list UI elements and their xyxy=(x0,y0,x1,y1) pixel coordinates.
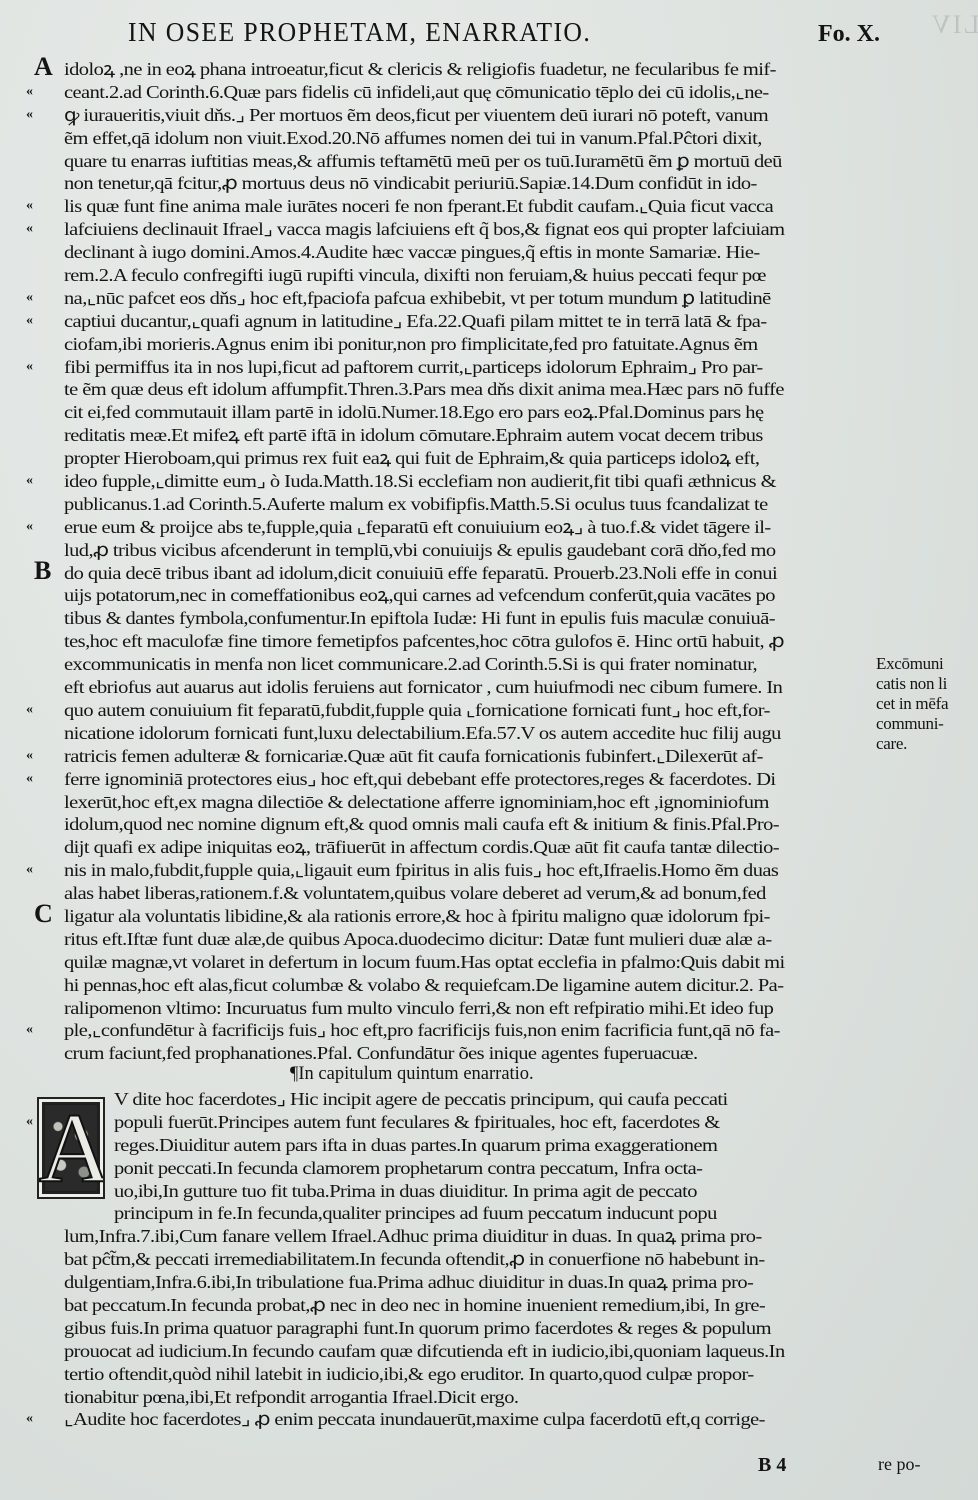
text-line: «⌞Audite hoc facerdotes⌟ ꝓ enim peccata … xyxy=(64,1408,878,1431)
line-text: publicanus.1.ad Corinth.5.Auferte malum … xyxy=(64,493,768,516)
line-text: ratricis femen adulteræ & fornicariæ.Quæ… xyxy=(64,745,763,768)
text-line: nicatione idolorum fornicati funt,luxu d… xyxy=(64,722,878,745)
text-line: V dite hoc facerdotes⌟ Hic incipit agere… xyxy=(114,1088,878,1111)
line-text: lis quæ funt fine anima male iurātes noc… xyxy=(64,195,773,218)
quotation-marker-icon: « xyxy=(26,470,38,493)
text-line: «lafciuiens declinauit Ifrael⌟ vacca mag… xyxy=(64,218,878,241)
line-text: declinant à iugo domini.Amos.4.Audite hæ… xyxy=(64,241,760,264)
text-line: principum in fe.In fecunda,qualiter prin… xyxy=(114,1202,878,1225)
text-line: «captiui ducantur,⌞quafi agnum in latitu… xyxy=(64,310,878,333)
line-text: fibi permiffus ita in nos lupi,ficut ad … xyxy=(64,356,763,379)
line-text: uo,ibi,In gutture tuo fit tuba.Prima in … xyxy=(114,1180,697,1203)
line-text: te ẽm quæ deus eft idolum affumpfit.Thr… xyxy=(64,378,784,401)
quotation-marker-icon: « xyxy=(26,1111,38,1134)
line-text: nicatione idolorum fornicati funt,luxu d… xyxy=(64,722,781,745)
line-text: quo autem conuiuium fit feparatū,fubdit,… xyxy=(64,699,770,722)
line-text: tibus & dantes fymbola,confumentur.In ep… xyxy=(64,607,775,630)
text-line: Cligatur ala voluntatis libidine,& ala r… xyxy=(64,905,878,928)
quotation-marker-icon: « xyxy=(26,310,38,333)
line-text: ⌞Audite hoc facerdotes⌟ ꝓ enim peccata i… xyxy=(64,1408,765,1431)
quotation-marker-icon: « xyxy=(26,218,38,241)
line-text: principum in fe.In fecunda,qualiter prin… xyxy=(114,1202,717,1225)
text-line: lexerūt,hoc eft,ex magna dilectiōe & del… xyxy=(64,791,878,814)
text-line: reges.Diuiditur autem pars ifta in duas … xyxy=(114,1134,878,1157)
line-text: eft ebriofus aut auarus aut idolis ferui… xyxy=(64,676,782,699)
text-line: hi pennas,hoc eft alas,ficut columbæ & v… xyxy=(64,974,878,997)
quotation-marker-icon: « xyxy=(26,768,38,791)
line-text: reges.Diuiditur autem pars ifta in duas … xyxy=(114,1134,717,1157)
signature-mark: B 4 xyxy=(758,1454,786,1477)
line-text: cit ei,fed commutauit illam partē in ido… xyxy=(64,401,763,424)
text-line: «ple,⌞confundētur à facrificijs fuis⌟ ho… xyxy=(64,1019,878,1042)
line-text: ꝙ iuraueritis,viuit dňs.⌟ Per mortuos ẽ… xyxy=(64,104,768,127)
chapter-text: V dite hoc facerdotes⌟ Hic incipit agere… xyxy=(64,1088,878,1431)
line-text: propter Hieroboam,qui primus rex fuit ea… xyxy=(64,447,759,470)
quotation-marker-icon: « xyxy=(26,1019,38,1042)
text-line: «quo autem conuiuium fit feparatū,fubdit… xyxy=(64,699,878,722)
quotation-marker-icon: « xyxy=(26,516,38,539)
text-line: rem.2.A feculo confregifti iugū rupifti … xyxy=(64,264,878,287)
line-text: tertio oftendit,quòd nihil latebit in iu… xyxy=(64,1363,754,1386)
quotation-marker-icon: « xyxy=(26,287,38,310)
text-line: dijt quafi ex adipe iniquitas eoꝝ, trāfi… xyxy=(64,836,878,859)
line-text: quilæ magnæ,vt volaret in defertum in lo… xyxy=(64,951,785,974)
line-text: tionabitur pœna,ibi,Et refpondit arrogan… xyxy=(64,1386,518,1409)
text-line: quare tu enarras iuftitias meas,& affumi… xyxy=(64,150,878,173)
line-text: gibus fuis.In prima quatuor paragraphi f… xyxy=(64,1317,771,1340)
text-line: bat peccatum.In fecunda probat,ꝓ nec in … xyxy=(64,1294,878,1317)
text-line: ralipomenon vltimo: Incuruatus fum multo… xyxy=(64,997,878,1020)
line-text: ple,⌞confundētur à facrificijs fuis⌟ hoc… xyxy=(64,1019,780,1042)
margin-note-line: Excōmuni xyxy=(876,654,976,674)
margin-note-line: catis non li xyxy=(876,674,976,694)
text-line: tertio oftendit,quòd nihil latebit in iu… xyxy=(64,1363,878,1386)
line-text: bat pĉt̃m,& peccati irremediabilitatem.I… xyxy=(64,1248,765,1271)
line-text: ẽm effet,qā idolum non viuit.Exod.20.Nō… xyxy=(64,127,762,150)
text-line: excommunicatis in menfa non licet commun… xyxy=(64,653,878,676)
line-text: ralipomenon vltimo: Incuruatus fum multo… xyxy=(64,997,773,1020)
line-text: do quia decē tribus ibant ad idolum,dici… xyxy=(64,562,777,585)
line-text: idolum,quod nec nomine dignum eft,& quod… xyxy=(64,813,779,836)
text-line: Bdo quia decē tribus ibant ad idolum,dic… xyxy=(64,562,878,585)
text-line: «fibi permiffus ita in nos lupi,ficut ad… xyxy=(64,356,878,379)
text-line: «ideo fupple,⌞dimitte eum⌟ ò Iuda.Matth.… xyxy=(64,470,878,493)
text-line: te ẽm quæ deus eft idolum affumpfit.Thr… xyxy=(64,378,878,401)
text-line: lud,ꝓ tribus vicibus afcenderunt in temp… xyxy=(64,539,878,562)
margin-note-line: care. xyxy=(876,734,976,754)
text-line: «ratricis femen adulteræ & fornicariæ.Qu… xyxy=(64,745,878,768)
book-page: CLIV IN OSEE PROPHETAM, ENARRATIO. Fo. X… xyxy=(0,0,978,1500)
text-line: declinant à iugo domini.Amos.4.Audite hæ… xyxy=(64,241,878,264)
page-header: IN OSEE PROPHETAM, ENARRATIO. Fo. X. xyxy=(128,8,880,48)
line-text: erue eum & proijce abs te,fupple,quia ⌞f… xyxy=(64,516,771,539)
margin-note-line: communi- xyxy=(876,714,976,734)
text-line: propter Hieroboam,qui primus rex fuit ea… xyxy=(64,447,878,470)
text-line: non tenetur,qā fcitur,ꝓ mortuus deus nō … xyxy=(64,172,878,195)
quotation-marker-icon: « xyxy=(26,745,38,768)
quotation-marker-icon: « xyxy=(26,1408,38,1431)
text-line: ciofam,ibi morieris.Agnus enim ibi ponit… xyxy=(64,333,878,356)
line-text: rem.2.A feculo confregifti iugū rupifti … xyxy=(64,264,766,287)
quotation-marker-icon: « xyxy=(26,356,38,379)
line-text: captiui ducantur,⌞quafi agnum in latitud… xyxy=(64,310,767,333)
quotation-marker-icon: « xyxy=(26,195,38,218)
line-text: V dite hoc facerdotes⌟ Hic incipit agere… xyxy=(114,1088,728,1111)
catchword: re po- xyxy=(878,1454,920,1475)
text-line: «nis in malo,fubdit,fupple quia,⌞ligauit… xyxy=(64,859,878,882)
line-text: ponit peccati.In fecunda clamorem prophe… xyxy=(114,1157,702,1180)
line-text: ciofam,ibi morieris.Agnus enim ibi ponit… xyxy=(64,333,758,356)
text-line: quilæ magnæ,vt volaret in defertum in lo… xyxy=(64,951,878,974)
text-line: crum faciunt,fed prophanationes.Pfal. Co… xyxy=(64,1042,878,1065)
text-line: eft ebriofus aut auarus aut idolis ferui… xyxy=(64,676,878,699)
text-line: reditatis meæ.Et mifeꝝ eft partē iftā in… xyxy=(64,424,878,447)
text-line: «populi fuerūt.Principes autem funt fecu… xyxy=(114,1111,878,1134)
line-text: dulgentiam,Infra.6.ibi,In tribulatione f… xyxy=(64,1271,753,1294)
text-line: «ferre ignominiā protectores eius⌟ hoc e… xyxy=(64,768,878,791)
line-text: tes,hoc eft maculofæ fine timore femetip… xyxy=(64,630,784,653)
line-text: crum faciunt,fed prophanationes.Pfal. Co… xyxy=(64,1042,698,1065)
line-text: reditatis meæ.Et mifeꝝ eft partē iftā in… xyxy=(64,424,763,447)
text-line: dulgentiam,Infra.6.ibi,In tribulatione f… xyxy=(64,1271,878,1294)
line-text: lexerūt,hoc eft,ex magna dilectiōe & del… xyxy=(64,791,769,814)
line-text: ceant.2.ad Corinth.6.Quæ pars fidelis cū… xyxy=(64,81,769,104)
line-text: ideo fupple,⌞dimitte eum⌟ ò Iuda.Matth.1… xyxy=(64,470,776,493)
quotation-marker-icon: « xyxy=(26,859,38,882)
text-line: prouocat ad iudicium.In fecundo caufam q… xyxy=(64,1340,878,1363)
text-line: uijs potatorum,nec in comeffationibus eo… xyxy=(64,584,878,607)
text-line: bat pĉt̃m,& peccati irremediabilitatem.I… xyxy=(64,1248,878,1271)
text-line: alas habet liberas,rationem.f.& voluntat… xyxy=(64,882,878,905)
line-text: na,⌞nūc pafcet eos dňs⌟ hoc eft,fpaciofa… xyxy=(64,287,771,310)
text-line: tibus & dantes fymbola,confumentur.In ep… xyxy=(64,607,878,630)
text-line: cit ei,fed commutauit illam partē in ido… xyxy=(64,401,878,424)
section-letter: C xyxy=(34,903,52,926)
line-text: prouocat ad iudicium.In fecundo caufam q… xyxy=(64,1340,785,1363)
line-text: uijs potatorum,nec in comeffationibus eo… xyxy=(64,584,775,607)
line-text: bat peccatum.In fecunda probat,ꝓ nec in … xyxy=(64,1294,765,1317)
margin-note: Excōmunicatis non licet in mēfacommuni-c… xyxy=(876,654,976,754)
text-line: «erue eum & proijce abs te,fupple,quia ⌞… xyxy=(64,516,878,539)
text-line: uo,ibi,In gutture tuo fit tuba.Prima in … xyxy=(114,1180,878,1203)
text-line: gibus fuis.In prima quatuor paragraphi f… xyxy=(64,1317,878,1340)
line-text: populi fuerūt.Principes autem funt fecul… xyxy=(114,1111,720,1134)
folio-number: Fo. X. xyxy=(818,21,880,48)
section-letter: B xyxy=(34,560,51,583)
text-line: idolum,quod nec nomine dignum eft,& quod… xyxy=(64,813,878,836)
text-line: tionabitur pœna,ibi,Et refpondit arrogan… xyxy=(64,1386,878,1409)
text-line: «ceant.2.ad Corinth.6.Quæ pars fidelis c… xyxy=(64,81,878,104)
line-text: lud,ꝓ tribus vicibus afcenderunt in temp… xyxy=(64,539,776,562)
chapter-heading: ¶In capitulum quintum enarratio. xyxy=(290,1064,534,1085)
line-text: idoloꝝ ,ne in eoꝝ phana introeatur,ficut… xyxy=(64,58,776,81)
text-line: «na,⌞nūc pafcet eos dňs⌟ hoc eft,fpaciof… xyxy=(64,287,878,310)
running-title: IN OSEE PROPHETAM, ENARRATIO. xyxy=(128,17,591,48)
quotation-marker-icon: « xyxy=(26,81,38,104)
text-line: Aidoloꝝ ,ne in eoꝝ phana introeatur,ficu… xyxy=(64,58,878,81)
text-line: ritus eft.Iftæ funt duæ alæ,de quibus Ap… xyxy=(64,928,878,951)
text-line: ẽm effet,qā idolum non viuit.Exod.20.Nō… xyxy=(64,127,878,150)
line-text: lafciuiens declinauit Ifrael⌟ vacca magi… xyxy=(64,218,785,241)
quotation-marker-icon: « xyxy=(26,699,38,722)
section-letter: A xyxy=(34,56,52,79)
text-line: publicanus.1.ad Corinth.5.Auferte malum … xyxy=(64,493,878,516)
text-line: lum,Infra.7.ibi,Cum fanare vellem Ifrael… xyxy=(64,1225,878,1248)
line-text: nis in malo,fubdit,fupple quia,⌞ligauit … xyxy=(64,859,778,882)
text-line: «ꝙ iuraueritis,viuit dňs.⌟ Per mortuos e… xyxy=(64,104,878,127)
line-text: quare tu enarras iuftitias meas,& affumi… xyxy=(64,150,782,173)
line-text: lum,Infra.7.ibi,Cum fanare vellem Ifrael… xyxy=(64,1225,762,1248)
line-text: ligatur ala voluntatis libidine,& ala ra… xyxy=(64,905,770,928)
line-text: excommunicatis in menfa non licet commun… xyxy=(64,653,757,676)
line-text: ferre ignominiā protectores eius⌟ hoc ef… xyxy=(64,768,776,791)
text-line: ponit peccati.In fecunda clamorem prophe… xyxy=(114,1157,878,1180)
text-line: tes,hoc eft maculofæ fine timore femetip… xyxy=(64,630,878,653)
line-text: ritus eft.Iftæ funt duæ alæ,de quibus Ap… xyxy=(64,928,772,951)
quotation-marker-icon: « xyxy=(26,104,38,127)
commentary-text: Aidoloꝝ ,ne in eoꝝ phana introeatur,ficu… xyxy=(64,58,878,1065)
line-text: dijt quafi ex adipe iniquitas eoꝝ, trāfi… xyxy=(64,836,779,859)
margin-note-line: cet in mēfa xyxy=(876,694,976,714)
text-line: «lis quæ funt fine anima male iurātes no… xyxy=(64,195,878,218)
line-text: non tenetur,qā fcitur,ꝓ mortuus deus nō … xyxy=(64,172,757,195)
line-text: alas habet liberas,rationem.f.& voluntat… xyxy=(64,882,766,905)
line-text: hi pennas,hoc eft alas,ficut columbæ & v… xyxy=(64,974,783,997)
bleed-through-text: CLIV xyxy=(930,10,978,40)
